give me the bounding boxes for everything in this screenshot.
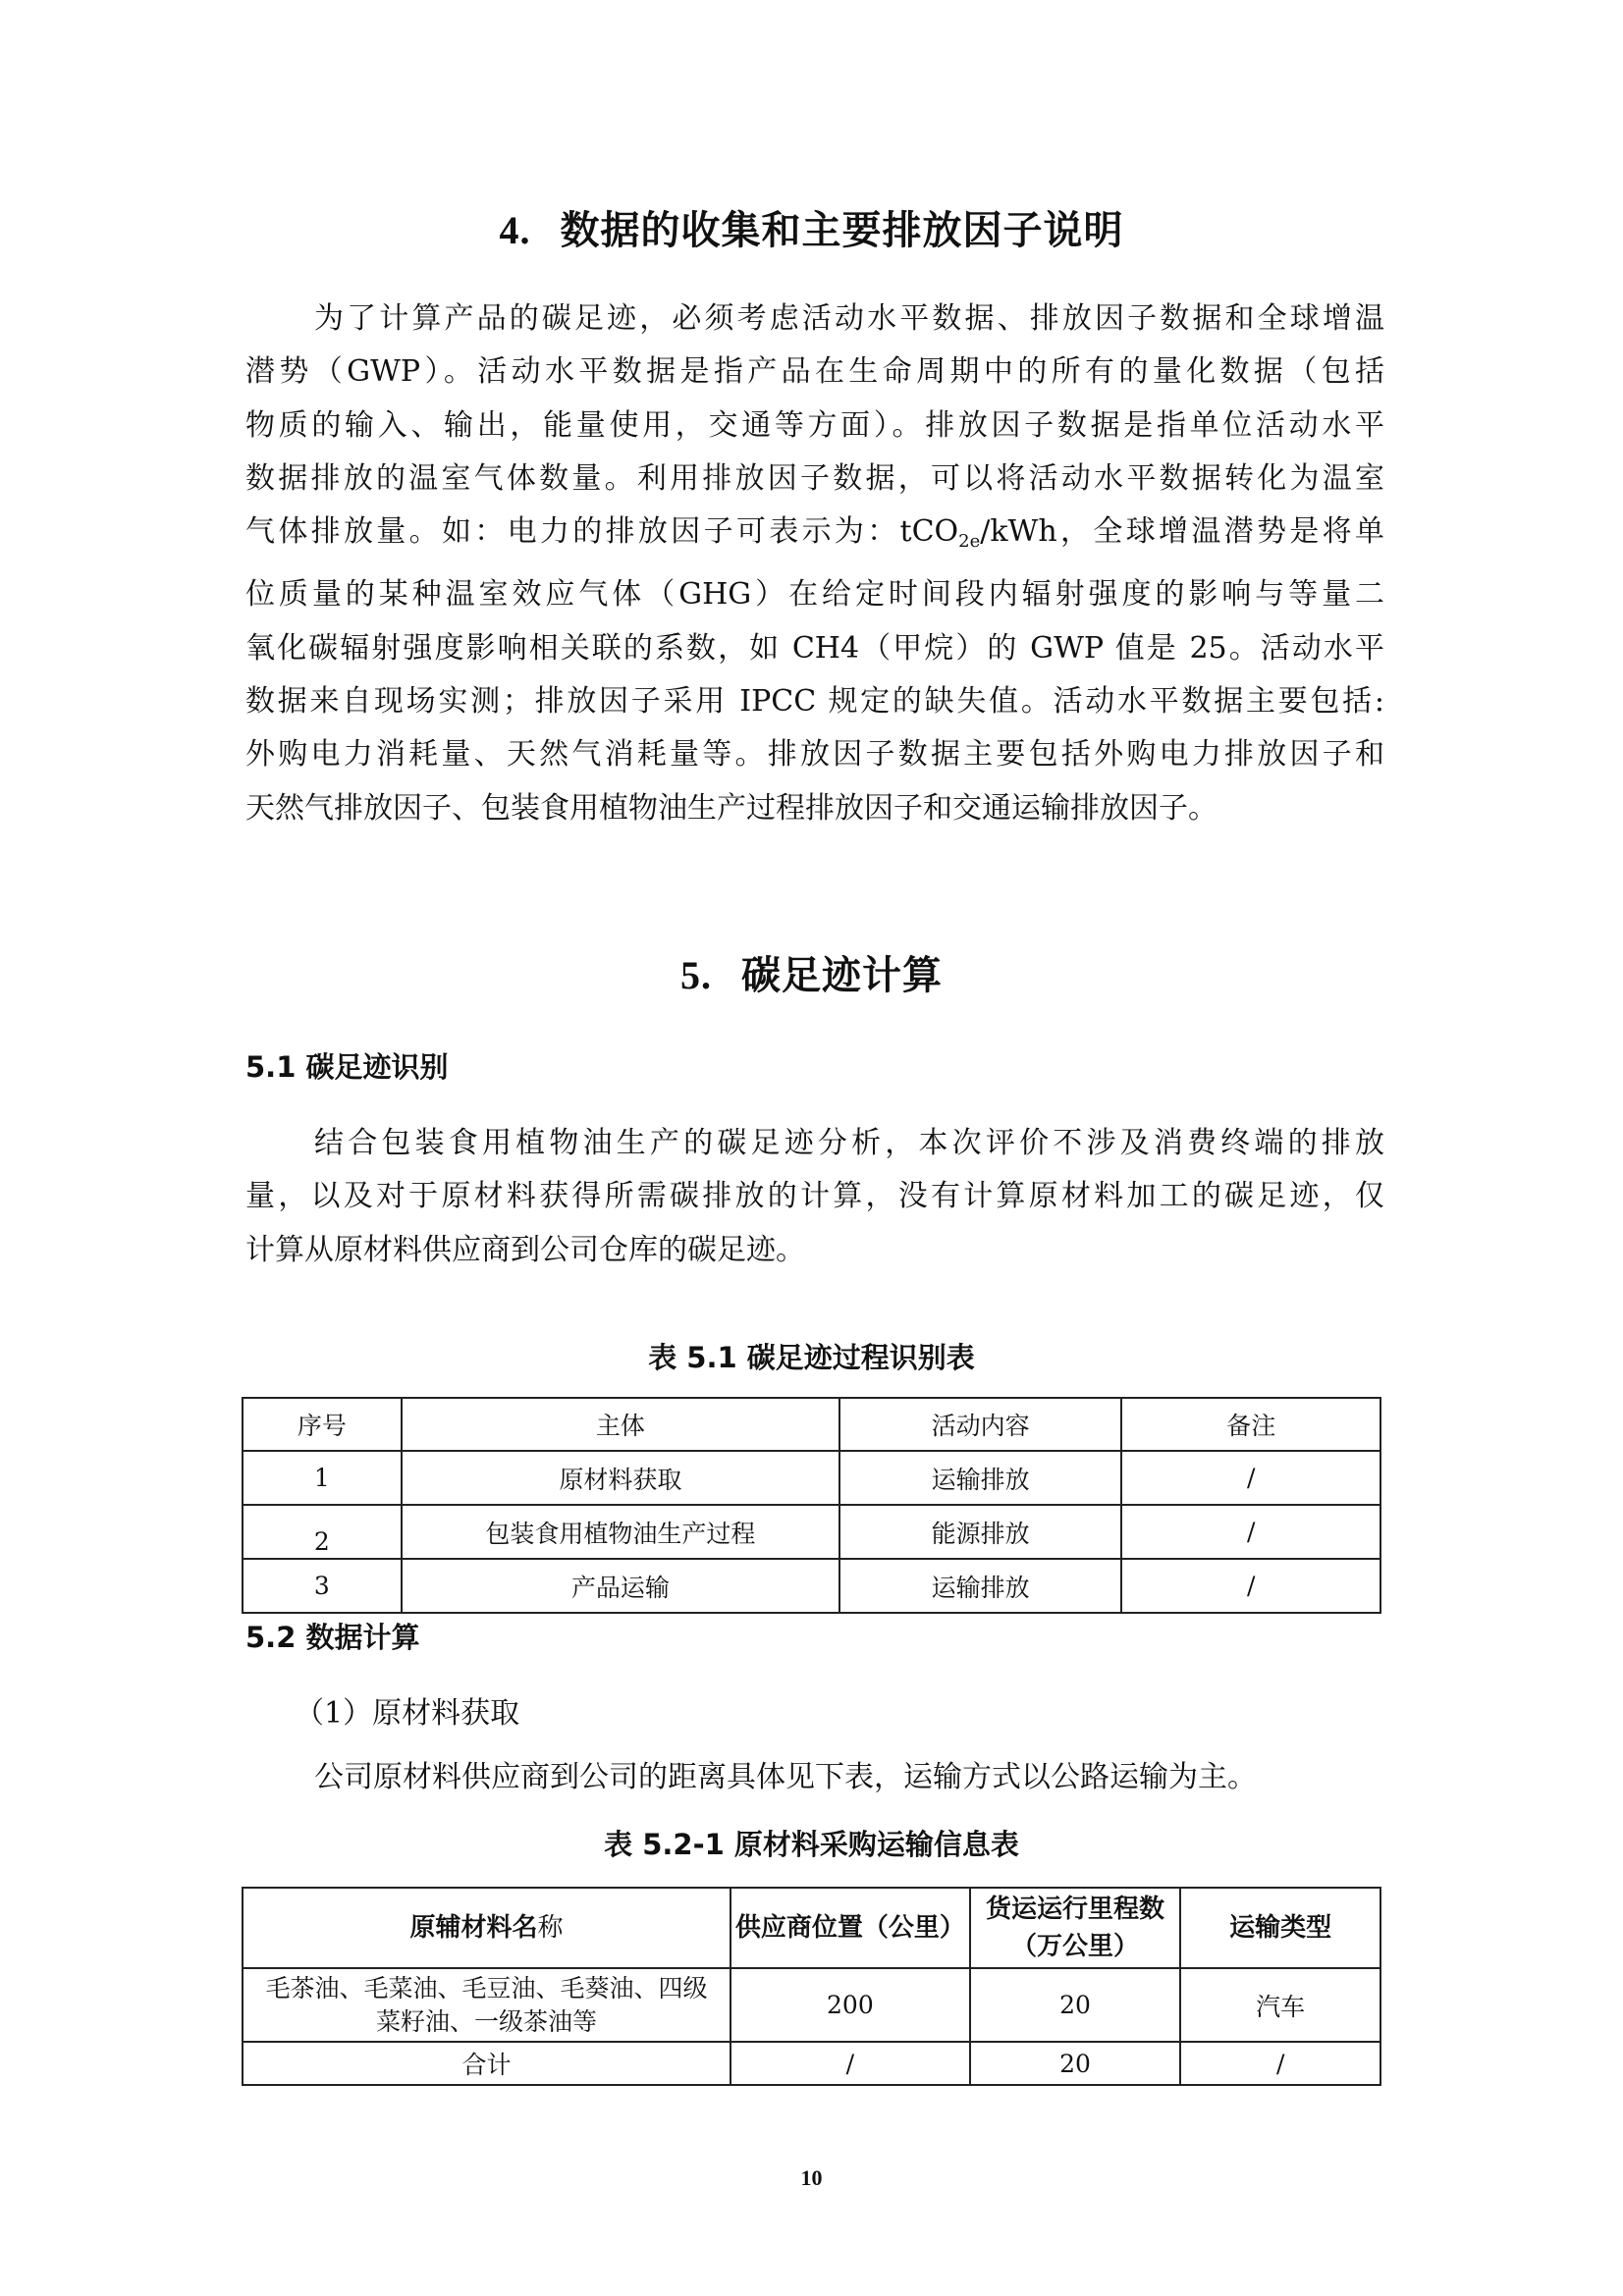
subscript: 2e — [958, 531, 980, 552]
paragraph-line: 潜势（GWP）。活动水平数据是指产品在生命周期中的所有的量化数据（包括 — [245, 346, 1384, 399]
subsection-5-1-heading: 5.1 碳足迹识别 — [245, 1045, 448, 1086]
table-cell: 20 — [970, 1968, 1181, 2042]
header-cell: 活动内容 — [839, 1398, 1122, 1451]
table-cell: 200 — [730, 1968, 970, 2042]
table-cell: / — [1121, 1451, 1380, 1505]
table-cell: 1 — [243, 1451, 402, 1505]
subsection-5-2-heading: 5.2 数据计算 — [245, 1616, 419, 1656]
paragraph-line: 物质的输入、输出，能量使用，交通等方面）。排放因子数据是指单位活动水平 — [245, 400, 1384, 453]
paragraph-line: 数据排放的温室气体数量。利用排放因子数据，可以将活动水平数据转化为温室 — [245, 453, 1384, 506]
table-cell: / — [1180, 2042, 1380, 2085]
header-cell: 序号 — [243, 1398, 402, 1451]
page-number: 10 — [0, 2165, 1623, 2191]
table-cell: 运输排放 — [839, 1559, 1122, 1613]
header-cell: 备注 — [1121, 1398, 1380, 1451]
header-cell-supplier-distance: 供应商位置（公里） — [730, 1888, 970, 1968]
table-5-2-1-caption: 表 5.2-1 原材料采购运输信息表 — [0, 1823, 1623, 1863]
table-cell: / — [1121, 1559, 1380, 1613]
table-cell: 包装食用植物油生产过程 — [402, 1505, 839, 1559]
item-1-text: 公司原材料供应商到公司的距离具体见下表，运输方式以公路运输为主。 — [314, 1751, 1384, 1804]
table-cell: 20 — [970, 2042, 1181, 2085]
section-5-heading: 5.碳足迹计算 — [0, 944, 1623, 1000]
table-row: 毛茶油、毛菜油、毛豆油、毛葵油、四级菜籽油、一级茶油等 200 20 汽车 — [243, 1968, 1380, 2042]
table-cell: 原材料获取 — [402, 1451, 839, 1505]
header-cell-mileage: 货运运行里程数（万公里） — [970, 1888, 1181, 1968]
table-cell: / — [1121, 1505, 1380, 1559]
table-cell: 汽车 — [1180, 1968, 1380, 2042]
paragraph-line: 氧化碳辐射强度影响相关联的系数，如 CH4（甲烷）的 GWP 值是 25。活动水… — [245, 622, 1384, 675]
table-cell: 能源排放 — [839, 1505, 1122, 1559]
section-number: 5. — [680, 953, 712, 997]
item-1-label: （1）原材料获取 — [295, 1687, 1384, 1740]
paragraph-line: 位质量的某种温室效应气体（GHG）在给定时间段内辐射强度的影响与等量二 — [245, 568, 1384, 621]
table-row: 3 产品运输 运输排放 / — [243, 1559, 1380, 1613]
section-title: 数据的收集和主要排放因子说明 — [561, 208, 1124, 253]
section-title: 碳足迹计算 — [741, 953, 943, 998]
paragraph-line: 天然气排放因子、包装食用植物油生产过程排放因子和交通运输排放因子。 — [245, 782, 1384, 835]
table-cell: 合计 — [243, 2042, 730, 2085]
paragraph-line: 数据来自现场实测；排放因子采用 IPCC 规定的缺失值。活动水平数据主要包括: — [245, 675, 1384, 728]
table-header-row: 序号 主体 活动内容 备注 — [243, 1398, 1380, 1451]
table-cell: 运输排放 — [839, 1451, 1122, 1505]
table-5-1: 序号 主体 活动内容 备注 1 原材料获取 运输排放 / 2 包装食用植物油生产… — [242, 1397, 1381, 1614]
table-header-row: 原辅材料名称 供应商位置（公里） 货运运行里程数（万公里） 运输类型 — [243, 1888, 1380, 1968]
table-row: 2 包装食用植物油生产过程 能源排放 / — [243, 1505, 1380, 1559]
paragraph-line: 量，以及对于原材料获得所需碳排放的计算，没有计算原材料加工的碳足迹，仅 — [245, 1170, 1384, 1223]
table-total-row: 合计 / 20 / — [243, 2042, 1380, 2085]
header-cell-transport-type: 运输类型 — [1180, 1888, 1380, 1968]
paragraph-line: 结合包装食用植物油生产的碳足迹分析，本次评价不涉及消费终端的排放 — [245, 1117, 1384, 1170]
section-4-paragraph: 为了计算产品的碳足迹，必须考虑活动水平数据、排放因子数据和全球增温 潜势（GWP… — [245, 293, 1384, 835]
table-5-2-1: 原辅材料名称 供应商位置（公里） 货运运行里程数（万公里） 运输类型 毛茶油、毛… — [242, 1887, 1381, 2086]
table-cell: 3 — [243, 1559, 402, 1613]
paragraph-line: 计算从原材料供应商到公司仓库的碳足迹。 — [245, 1224, 1384, 1277]
section-number: 4. — [500, 208, 531, 252]
section-4-heading: 4.数据的收集和主要排放因子说明 — [0, 199, 1623, 255]
subsection-5-1-paragraph: 结合包装食用植物油生产的碳足迹分析，本次评价不涉及消费终端的排放 量，以及对于原… — [245, 1117, 1384, 1277]
table-cell: / — [730, 2042, 970, 2085]
table-5-1-caption: 表 5.1 碳足迹过程识别表 — [0, 1336, 1623, 1376]
table-row: 1 原材料获取 运输排放 / — [243, 1451, 1380, 1505]
table-cell: 2 — [243, 1505, 402, 1559]
paragraph-line: 为了计算产品的碳足迹，必须考虑活动水平数据、排放因子数据和全球增温 — [245, 293, 1384, 346]
header-cell-material: 原辅材料名称 — [243, 1888, 730, 1968]
paragraph-line-formula: 气体排放量。如：电力的排放因子可表示为：tCO2e/kWh，全球增温潜势是将单 — [245, 506, 1384, 568]
paragraph-line: 外购电力消耗量、天然气消耗量等。排放因子数据主要包括外购电力排放因子和 — [245, 728, 1384, 781]
table-cell: 产品运输 — [402, 1559, 839, 1613]
header-cell: 主体 — [402, 1398, 839, 1451]
table-cell-material: 毛茶油、毛菜油、毛豆油、毛葵油、四级菜籽油、一级茶油等 — [243, 1968, 730, 2042]
